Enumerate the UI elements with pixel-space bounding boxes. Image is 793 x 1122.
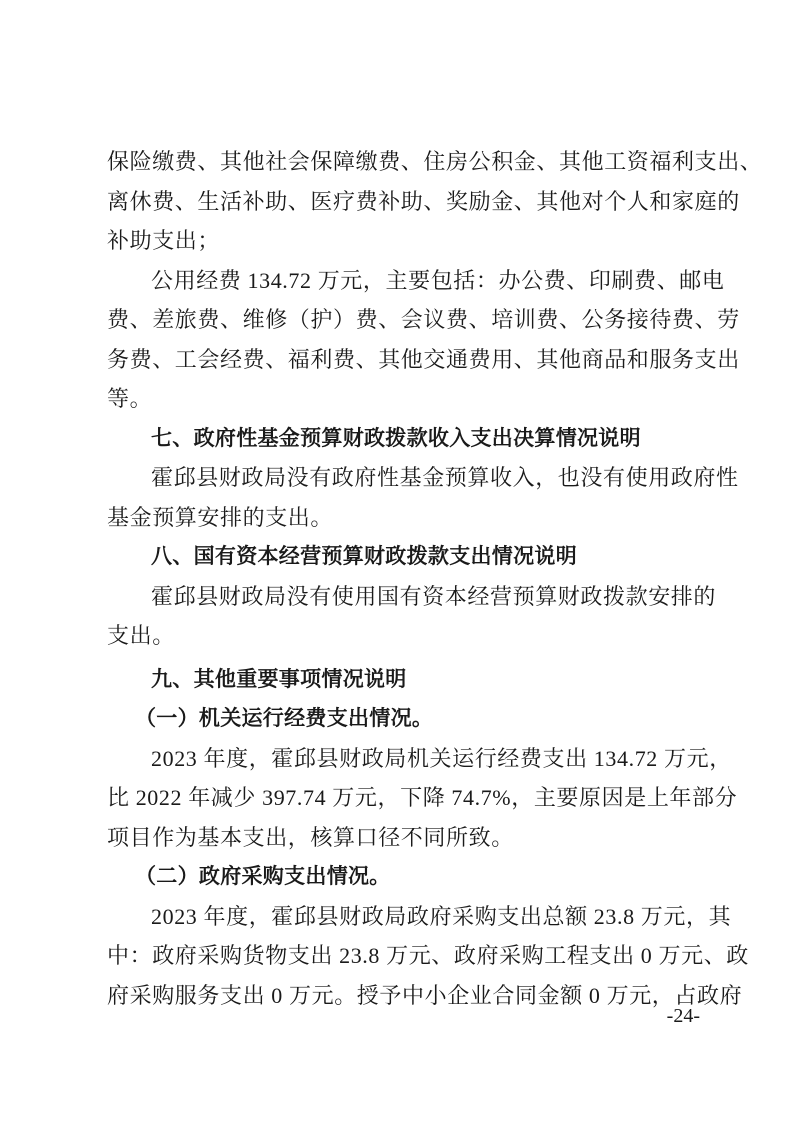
- body-line: 基金预算安排的支出。: [107, 498, 701, 538]
- section-heading-7: 七、政府性基金预算财政拨款收入支出决算情况说明: [107, 419, 701, 459]
- body-line: 霍邱县财政局没有使用国有资本经营预算财政拨款安排的: [107, 577, 701, 617]
- section-heading-9: 九、其他重要事项情况说明: [107, 660, 701, 700]
- body-line: 支出。: [107, 616, 701, 656]
- body-line: 费、差旅费、维修（护）费、会议费、培训费、公务接待费、劳: [107, 300, 701, 340]
- body-line: 等。: [107, 379, 701, 419]
- body-line: 2023 年度，霍邱县财政局机关运行经费支出 134.72 万元，: [107, 739, 701, 779]
- body-line: 霍邱县财政局没有政府性基金预算收入，也没有使用政府性: [107, 458, 701, 498]
- document-page: 保险缴费、其他社会保障缴费、住房公积金、其他工资福利支出、 离休费、生活补助、医…: [107, 142, 701, 1015]
- subheading-2: （二）政府采购支出情况。: [107, 857, 701, 897]
- body-line: 务费、工会经费、福利费、其他交通费用、其他商品和服务支出: [107, 340, 701, 380]
- body-line: 项目作为基本支出，核算口径不同所致。: [107, 818, 701, 858]
- body-line: 补助支出；: [107, 221, 701, 261]
- body-line: 保险缴费、其他社会保障缴费、住房公积金、其他工资福利支出、: [107, 142, 701, 182]
- body-line: 离休费、生活补助、医疗费补助、奖励金、其他对个人和家庭的: [107, 182, 701, 222]
- body-line: 公用经费 134.72 万元，主要包括：办公费、印刷费、邮电: [107, 261, 701, 301]
- section-heading-8: 八、国有资本经营预算财政拨款支出情况说明: [107, 537, 701, 577]
- subheading-1: （一）机关运行经费支出情况。: [107, 699, 701, 739]
- body-line: 2023 年度，霍邱县财政局政府采购支出总额 23.8 万元，其: [107, 897, 701, 937]
- body-line: 比 2022 年减少 397.74 万元，下降 74.7%，主要原因是上年部分: [107, 778, 701, 818]
- body-line: 中：政府采购货物支出 23.8 万元、政府采购工程支出 0 万元、政: [107, 936, 701, 976]
- body-line: 府采购服务支出 0 万元。授予中小企业合同金额 0 万元，占政府: [107, 976, 701, 1016]
- page-number: -24-: [667, 1005, 700, 1028]
